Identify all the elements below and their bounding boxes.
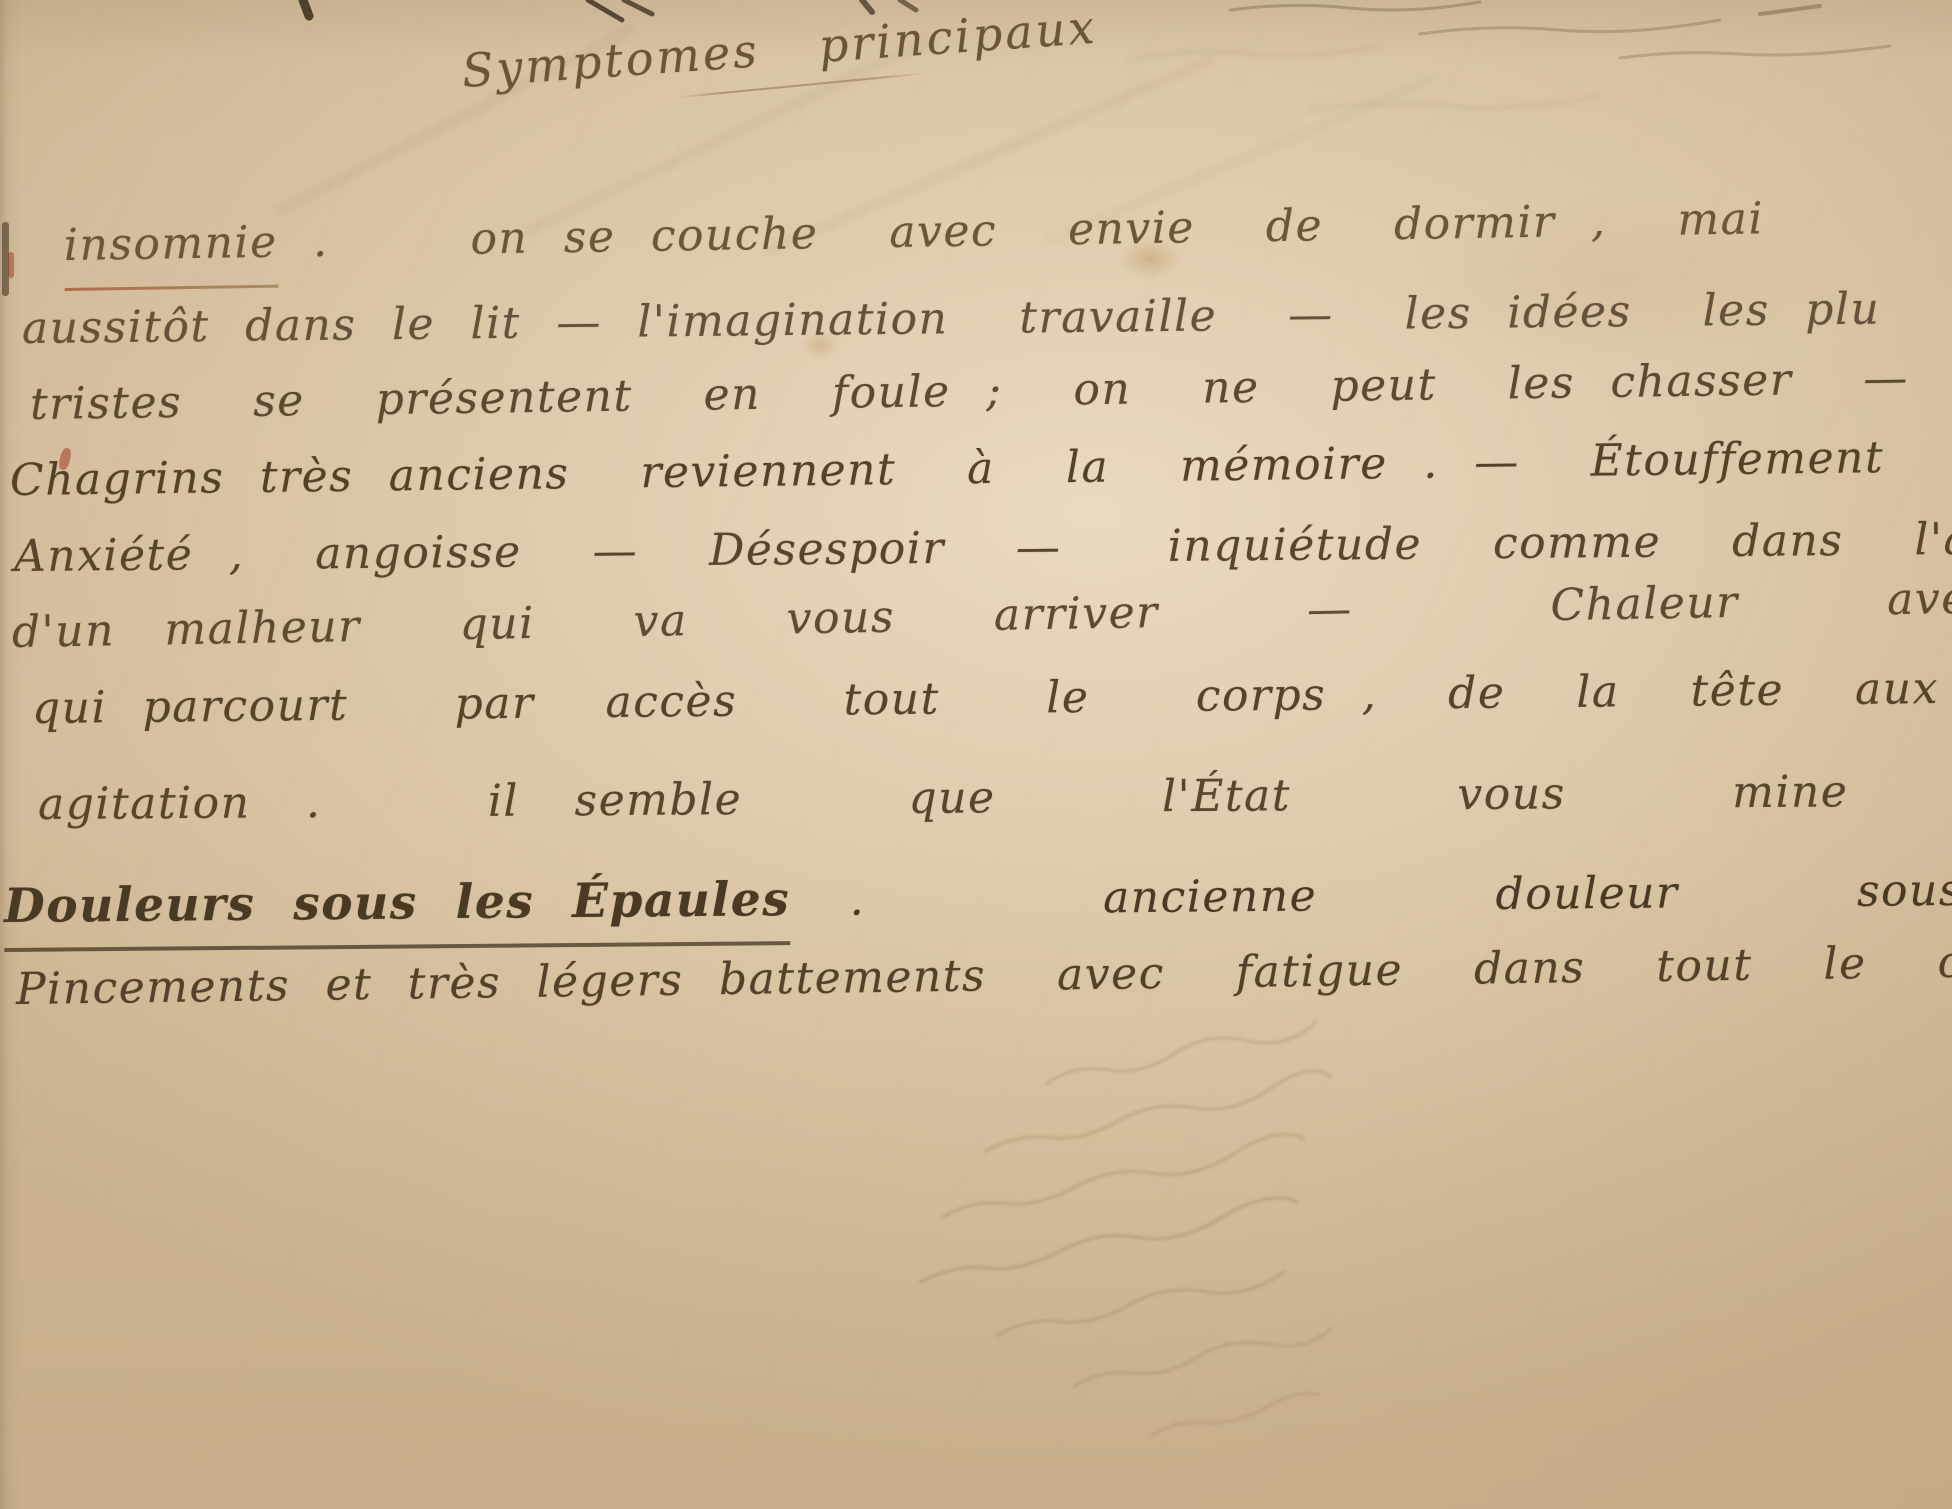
line-text: agitation . il semble que l'État vous mi…: [38, 766, 1849, 830]
line-text: Chagrins très anciens reviennent à la mé…: [10, 430, 1952, 506]
line-text: Pincements et très légers battements ave…: [16, 936, 1952, 1015]
line-text: . ancienne douleur sous l'Épaule d: [790, 860, 1952, 926]
line-text: tristes se présentent en foule ; on ne p…: [30, 353, 1909, 430]
line-text: qui parcourt par accès tout le corps , d…: [32, 661, 1952, 734]
line-text: aussitôt dans le lit — l'imagination tra…: [22, 284, 1881, 354]
line-text: . on se couche avec envie de dormir , ma…: [277, 193, 1764, 267]
manuscript-line: agitation . il semble que l'État vous mi…: [38, 754, 1952, 843]
underlined-heading: Douleurs sous les Épaules: [4, 862, 791, 952]
manuscript-body: insomnie . on se couche avec envie de do…: [0, 208, 1952, 1028]
underlined-heading: insomnie: [63, 205, 278, 291]
